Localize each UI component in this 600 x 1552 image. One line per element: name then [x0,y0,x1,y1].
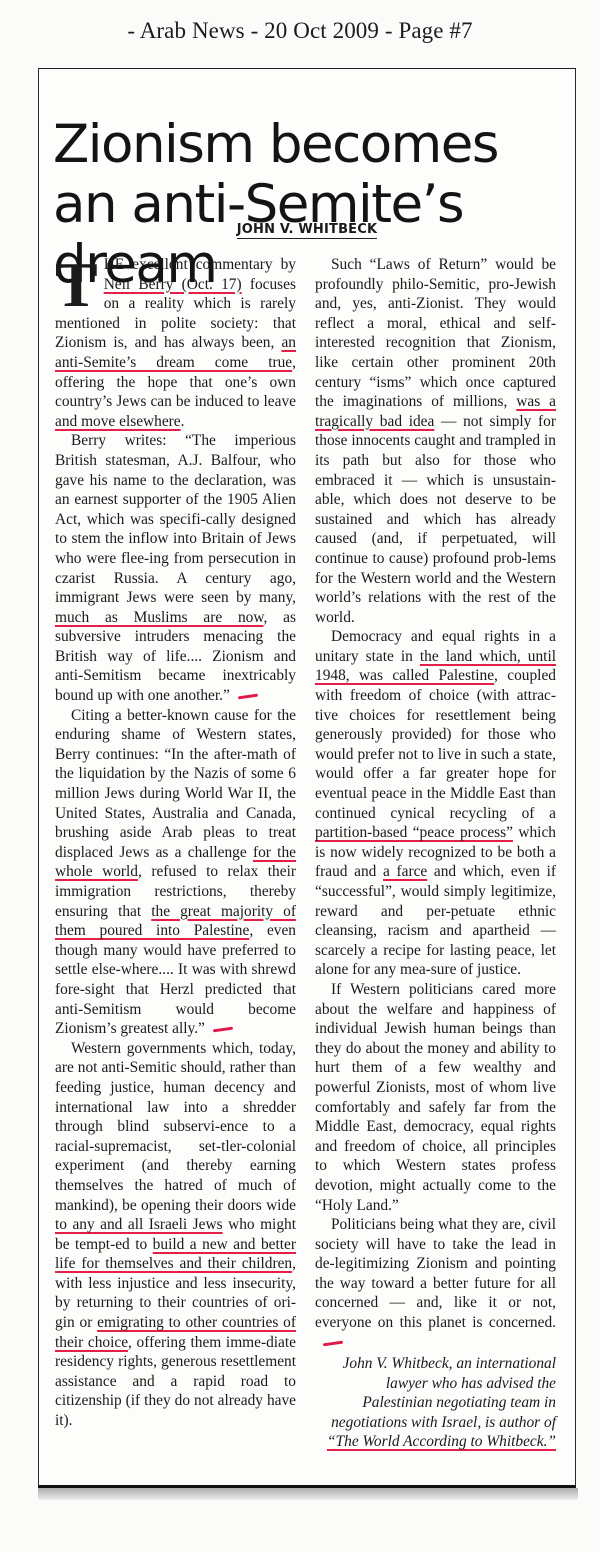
paragraph: Politicians being what they are, civil s… [315,1215,556,1352]
article-frame: Zionism becomes an anti-Semite’s dream J… [38,68,576,1488]
highlighted-text: much as Muslims are now [55,609,263,626]
byline-text: JOHN V. WHITBECK [237,222,378,239]
left-column: THE excellent commentary by Neil Berry (… [55,255,296,1431]
pen-mark-icon [323,1340,343,1346]
paragraph: Western governments which, today, are no… [55,1039,296,1431]
author-bio: John V. Whitbeck, an international lawye… [315,1354,556,1452]
highlighted-text: and move elsewhere [55,413,181,430]
paragraph: Such “Laws of Return” would be profoundl… [315,255,556,627]
highlighted-text: Neil Berry (Oct. 17) [104,276,242,293]
byline: JOHN V. WHITBECK [39,220,575,238]
page-shadow [38,1488,578,1500]
paragraph: THE excellent commentary by Neil Berry (… [55,255,296,431]
highlighted-text: a farce [383,863,427,880]
paragraph: Citing a better-known cause for the endu… [55,706,296,1039]
masthead: - Arab News - 20 Oct 2009 - Page #7 [0,18,600,44]
paragraph: If Western politicians cared more about … [315,980,556,1215]
highlighted-text: to any and all Israeli Jews [55,1216,223,1233]
highlighted-text: “The World According to Whitbeck.” [327,1433,556,1450]
pen-mark-icon [213,1027,233,1033]
highlighted-text: partition-based “peace process” [315,824,513,841]
right-column: Such “Laws of Return” would be profoundl… [315,255,556,1452]
pen-mark-icon [238,694,258,700]
drop-cap: T [55,259,98,311]
paragraph: Berry writes: “The imperious British sta… [55,431,296,705]
paragraph: Democracy and equal rights in a unitary … [315,627,556,980]
